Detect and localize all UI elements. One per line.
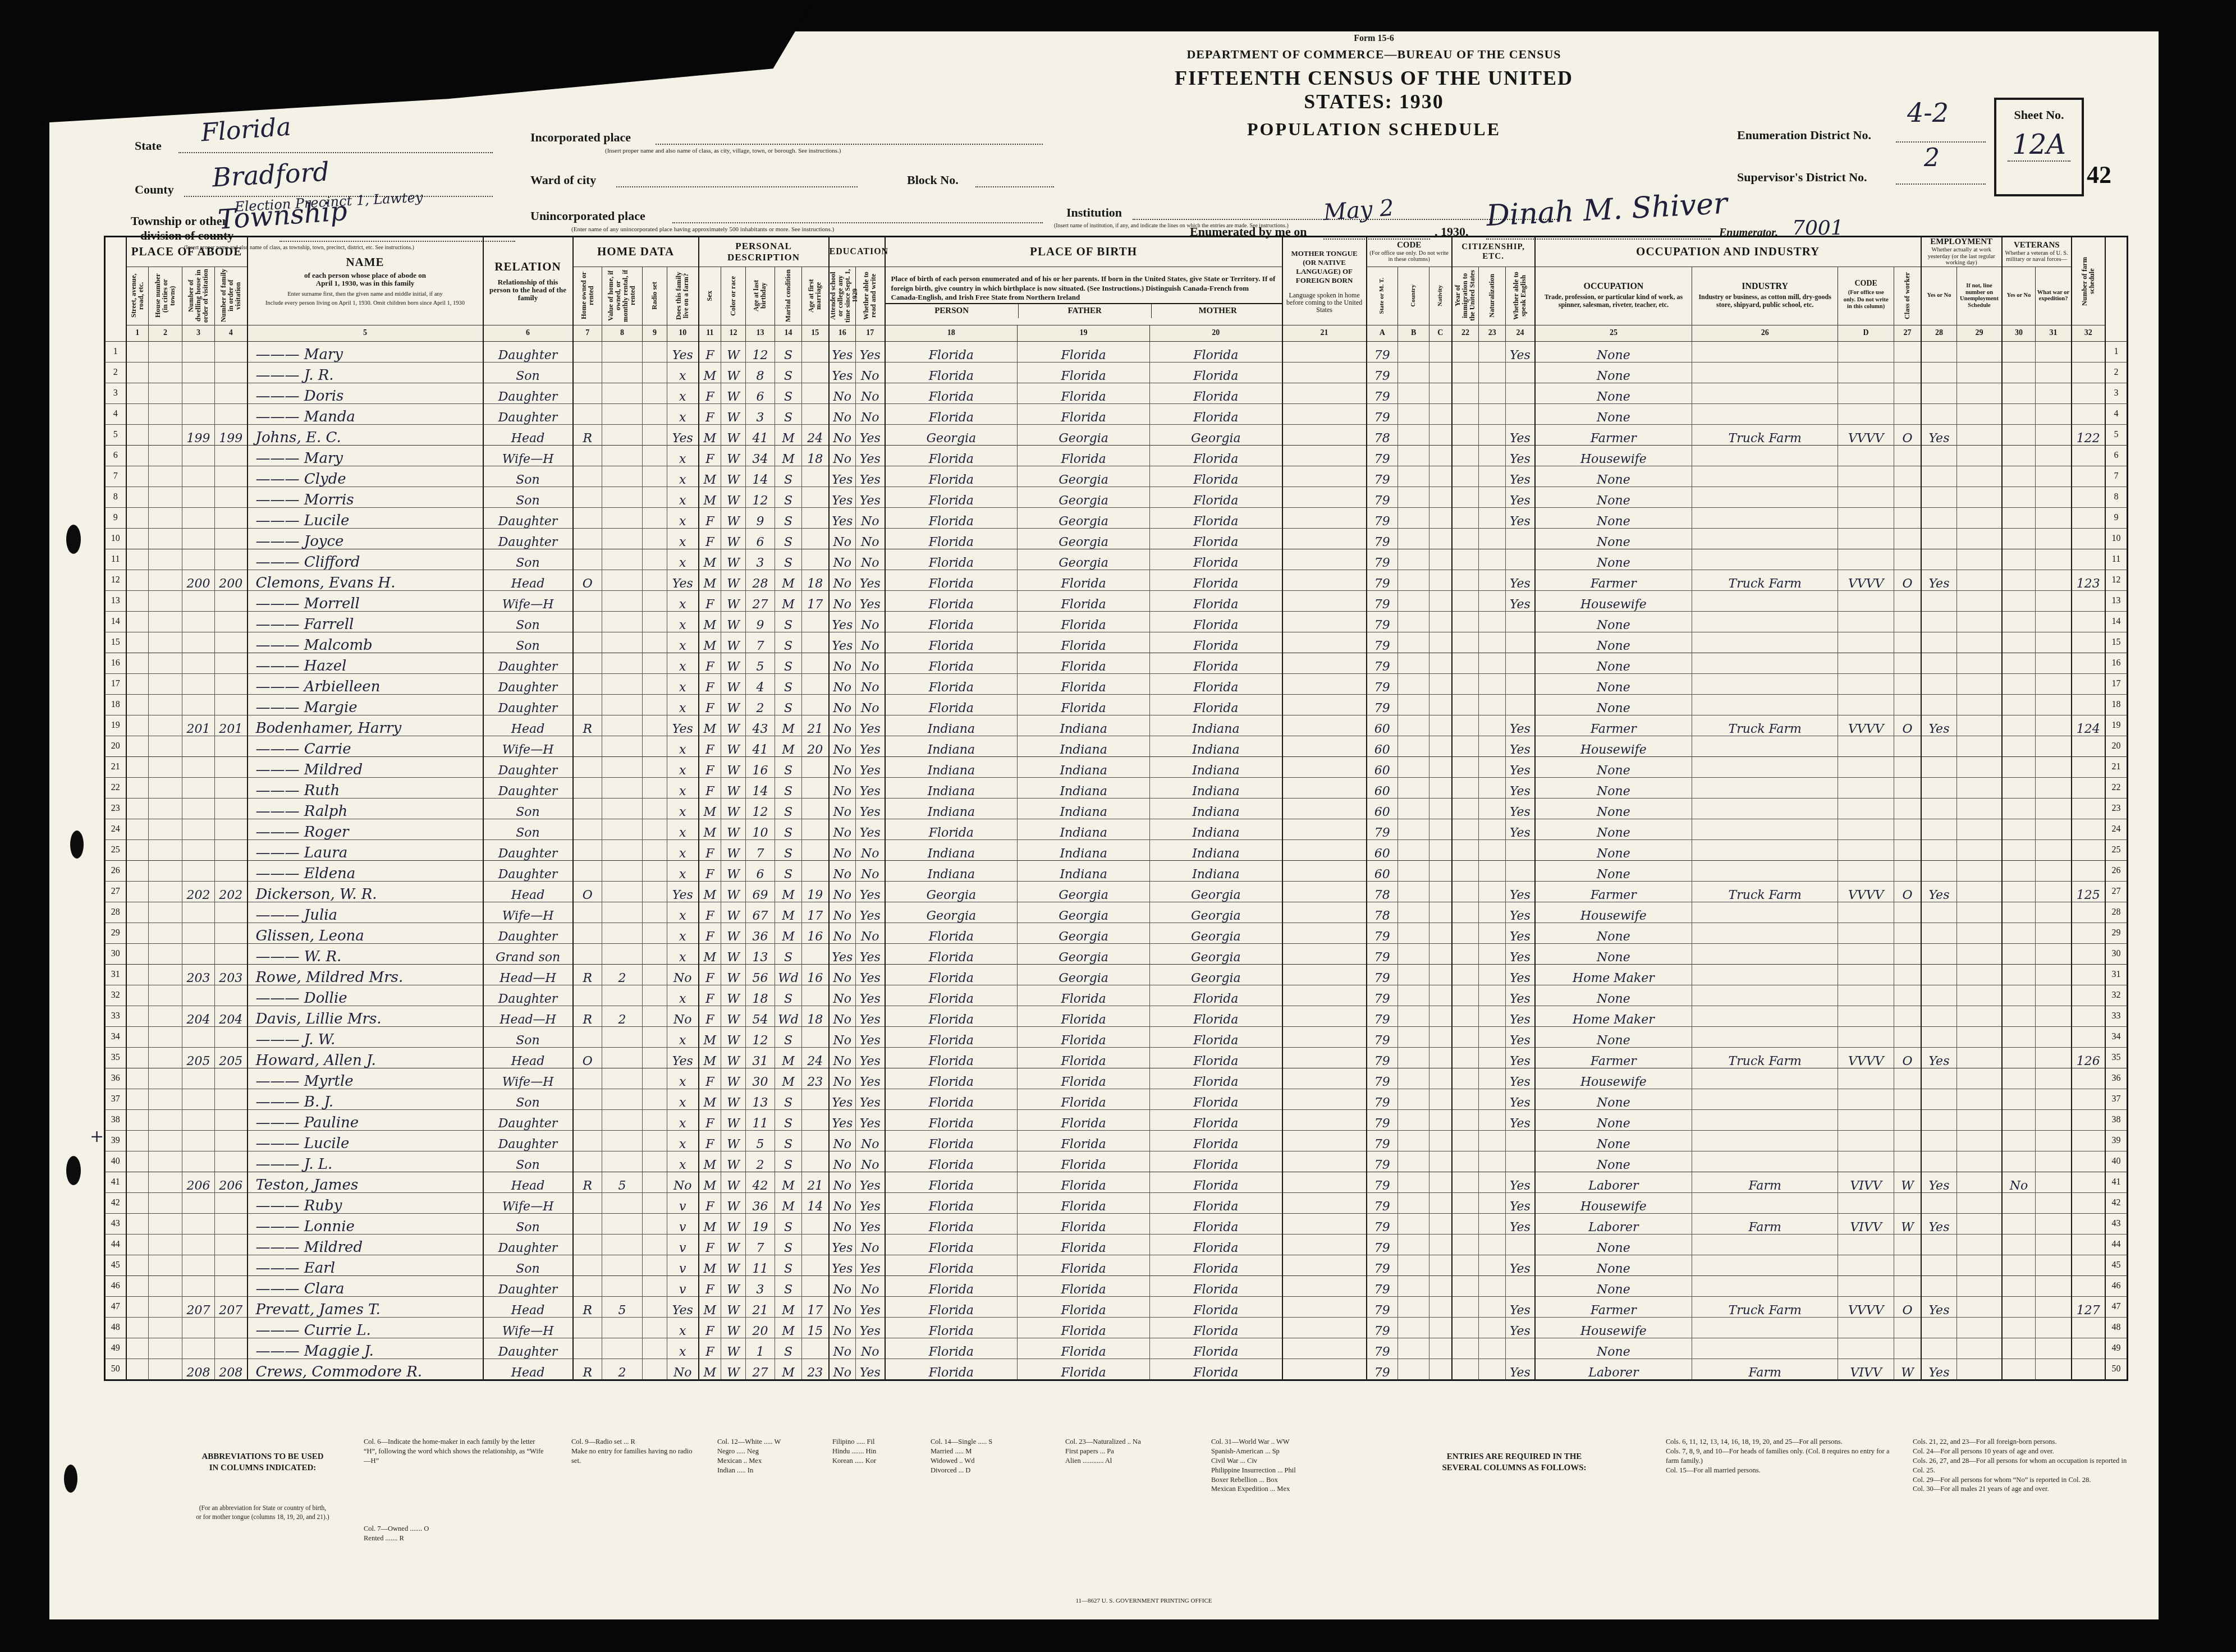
cell-f [215, 403, 248, 424]
cell-c1 [126, 860, 149, 881]
cell-rel: Daughter [483, 777, 573, 798]
cell-farm: x [667, 590, 699, 611]
cell-rw: No [856, 1151, 885, 1172]
cell-bf: Florida [1018, 590, 1150, 611]
cell-own [573, 1275, 602, 1296]
cell-c22 [1452, 1317, 1479, 1338]
cell-c1 [126, 964, 149, 985]
cell-eng: Yes [1506, 715, 1535, 736]
cell-f [215, 1026, 248, 1047]
cell-d: 203 [182, 964, 215, 985]
cell-bp: Florida [885, 1130, 1018, 1151]
sheet-number-box: Sheet No. 12A [1994, 98, 2084, 196]
cell-cC [1429, 985, 1452, 1006]
cell-cC [1429, 1296, 1452, 1317]
cell-val [602, 673, 643, 694]
cell-sex: F [699, 777, 721, 798]
cell-sch: No [829, 839, 856, 860]
cell-race: W [721, 507, 746, 528]
cell-c23 [1479, 528, 1506, 549]
cell-ln: 38 [105, 1109, 126, 1130]
cell-bf: Florida [1018, 611, 1150, 632]
cell-fs [2072, 1109, 2105, 1130]
cell-farm: x [667, 528, 699, 549]
cell-farm: No [667, 964, 699, 985]
cell-bp: Florida [885, 362, 1018, 383]
cell-ca: 60 [1367, 860, 1398, 881]
cell-ln: 12 [105, 570, 126, 590]
cell-val [602, 1130, 643, 1151]
cell-wk [1921, 694, 1957, 715]
cell-bm: Florida [1150, 362, 1282, 383]
cell-c29 [1957, 902, 2002, 923]
cell-cC [1429, 632, 1452, 653]
cell-ca: 79 [1367, 1130, 1398, 1151]
cell-cd [1838, 1130, 1894, 1151]
cell-bf: Florida [1018, 570, 1150, 590]
cell-cC [1429, 1213, 1452, 1234]
cell-c22 [1452, 383, 1479, 403]
cell-c23 [1479, 860, 1506, 881]
cell-occ: Housewife [1535, 1192, 1692, 1213]
cell-ca: 79 [1367, 964, 1398, 985]
cell-cw [1894, 549, 1921, 570]
cell-c1 [126, 1130, 149, 1151]
cell-rel: Daughter [483, 694, 573, 715]
cell-cB [1398, 1089, 1429, 1109]
cell-f [215, 736, 248, 756]
cell-c1 [126, 445, 149, 466]
cell-c23 [1479, 403, 1506, 424]
col-number: 17 [856, 325, 885, 341]
cell-cC [1429, 715, 1452, 736]
stamp-number: 42 [2087, 160, 2111, 189]
cell-eng: Yes [1506, 985, 1535, 1006]
cell-val [602, 777, 643, 798]
cell-c31 [2036, 1047, 2072, 1068]
cell-c22 [1452, 1359, 1479, 1380]
form-title-block: Form 15-6 DEPARTMENT OF COMMERCE—BUREAU … [1144, 34, 1604, 140]
cell-cd [1838, 943, 1894, 964]
cell-rw: Yes [856, 341, 885, 362]
cell-ln: 27 [2105, 881, 2128, 902]
cell-bp: Florida [885, 403, 1018, 424]
cell-ln: 25 [2105, 839, 2128, 860]
cell-race: W [721, 1151, 746, 1172]
cell-occ: None [1535, 653, 1692, 673]
cell-c22 [1452, 964, 1479, 985]
cell-cC [1429, 860, 1452, 881]
cell-eng: Yes [1506, 1172, 1535, 1192]
cell-eng [1506, 1234, 1535, 1255]
cell-c21 [1282, 902, 1367, 923]
footer-col7: Col. 7—Owned ....... O Rented ....... R [364, 1524, 549, 1543]
cell-c31 [2036, 1275, 2072, 1296]
cell-c23 [1479, 673, 1506, 694]
cell-d [182, 923, 215, 943]
cell-c21 [1282, 1296, 1367, 1317]
cell-c31 [2036, 736, 2072, 756]
cell-c1 [126, 1192, 149, 1213]
cell-c9 [643, 1275, 667, 1296]
cell-age: 41 [746, 424, 775, 445]
cell-own [573, 673, 602, 694]
cell-occ: None [1535, 694, 1692, 715]
cell-own [573, 466, 602, 487]
cell-cd: VVVV [1838, 881, 1894, 902]
cell-bp: Florida [885, 1089, 1018, 1109]
cell-sex: F [699, 590, 721, 611]
cell-eng [1506, 1275, 1535, 1296]
cell-ca: 78 [1367, 424, 1398, 445]
cell-fs [2072, 902, 2105, 923]
cell-vet [2002, 1006, 2036, 1026]
cell-bm: Indiana [1150, 777, 1282, 798]
cell-c2 [149, 632, 182, 653]
cell-c29 [1957, 694, 2002, 715]
cell-cw [1894, 860, 1921, 881]
cell-wk [1921, 1192, 1957, 1213]
cell-c9 [643, 590, 667, 611]
cell-occ: None [1535, 673, 1692, 694]
cell-occ: Housewife [1535, 590, 1692, 611]
cell-c29 [1957, 819, 2002, 839]
cell-rel: Wife—H [483, 1068, 573, 1089]
cell-eng [1506, 839, 1535, 860]
cell-race: W [721, 1026, 746, 1047]
cell-ind: Truck Farm [1692, 1047, 1838, 1068]
col-attended-school: Attended school or college any time sinc… [829, 267, 856, 325]
cell-own [573, 403, 602, 424]
cell-rw: Yes [856, 1255, 885, 1275]
cell-age: 14 [746, 466, 775, 487]
cell-c9 [643, 1192, 667, 1213]
cell-ln: 43 [2105, 1213, 2128, 1234]
cell-age: 6 [746, 528, 775, 549]
cell-c31 [2036, 1255, 2072, 1275]
cell-occ: Home Maker [1535, 1006, 1692, 1026]
cell-eng: Yes [1506, 466, 1535, 487]
cell-own [573, 736, 602, 756]
col-sex: Sex [699, 267, 721, 325]
cell-rel: Head [483, 1047, 573, 1068]
cell-cd [1838, 860, 1894, 881]
cell-rel: Daughter [483, 341, 573, 362]
cell-sex: M [699, 1172, 721, 1192]
cell-mar: S [775, 1234, 802, 1255]
table-row: 8——— MorrisSonxMW12SYesYesFloridaGeorgia… [105, 487, 2128, 507]
cell-rw: No [856, 860, 885, 881]
cell-bf: Indiana [1018, 736, 1150, 756]
cell-d [182, 487, 215, 507]
cell-c21 [1282, 1006, 1367, 1026]
cell-val [602, 1047, 643, 1068]
cell-rel: Daughter [483, 528, 573, 549]
cell-bf: Florida [1018, 1151, 1150, 1172]
cell-d: 208 [182, 1359, 215, 1380]
cell-bf: Florida [1018, 1026, 1150, 1047]
cell-ca: 79 [1367, 403, 1398, 424]
cell-race: W [721, 798, 746, 819]
cell-fm [802, 798, 829, 819]
table-row: 4——— MandaDaughterxFW3SNoNoFloridaFlorid… [105, 403, 2128, 424]
cell-eng: Yes [1506, 341, 1535, 362]
cell-cC [1429, 923, 1452, 943]
cell-sch: No [829, 798, 856, 819]
cell-ca: 78 [1367, 881, 1398, 902]
abbreviations-title: ABBREVIATIONS TO BE USED IN COLUMNS INDI… [128, 1451, 397, 1474]
col-number: 2 [149, 325, 182, 341]
cell-bp: Indiana [885, 756, 1018, 777]
cell-c21 [1282, 362, 1367, 383]
cell-fs [2072, 1026, 2105, 1047]
cell-wk [1921, 943, 1957, 964]
cell-cB [1398, 570, 1429, 590]
cell-vet [2002, 487, 2036, 507]
cell-d [182, 1317, 215, 1338]
cell-name: ——— J. R. [248, 362, 483, 383]
col-veteran-yes-no: Yes or No [2002, 267, 2036, 325]
cell-bf: Florida [1018, 673, 1150, 694]
cell-c21 [1282, 1089, 1367, 1109]
cell-name: Bodenhamer, Harry [248, 715, 483, 736]
cell-cB [1398, 985, 1429, 1006]
col-class-of-worker: Class of worker [1894, 267, 1921, 325]
cell-farm: x [667, 1109, 699, 1130]
cell-fs [2072, 1130, 2105, 1151]
cell-c29 [1957, 383, 2002, 403]
cell-d [182, 341, 215, 362]
cell-bf: Florida [1018, 1109, 1150, 1130]
col-war-expedition: What war or expedition? [2036, 267, 2072, 325]
cell-race: W [721, 902, 746, 923]
cell-eng [1506, 1151, 1535, 1172]
cell-mar: S [775, 1151, 802, 1172]
cell-cd [1838, 798, 1894, 819]
table-row: 24——— RogerSonxMW10SNoYesFloridaIndianaI… [105, 819, 2128, 839]
cell-race: W [721, 839, 746, 860]
cell-d [182, 736, 215, 756]
cell-farm: x [667, 1317, 699, 1338]
cell-sch: Yes [829, 1109, 856, 1130]
cell-cd: VVVV [1838, 1047, 1894, 1068]
cell-mar: S [775, 549, 802, 570]
cell-ln: 5 [2105, 424, 2128, 445]
cell-rel: Son [483, 466, 573, 487]
cell-occ: None [1535, 611, 1692, 632]
cell-fm: 24 [802, 424, 829, 445]
cell-sex: F [699, 1130, 721, 1151]
cell-ind [1692, 383, 1838, 403]
cell-cd [1838, 964, 1894, 985]
cell-fs [2072, 1275, 2105, 1296]
cell-wk [1921, 839, 1957, 860]
cell-ln: 17 [2105, 673, 2128, 694]
cell-d [182, 1026, 215, 1047]
cell-bp: Georgia [885, 902, 1018, 923]
cell-bm: Florida [1150, 1026, 1282, 1047]
cell-bp: Florida [885, 1338, 1018, 1359]
cell-farm: v [667, 1192, 699, 1213]
cell-fm [802, 507, 829, 528]
cell-cB [1398, 673, 1429, 694]
cell-c1 [126, 1255, 149, 1275]
cell-bp: Florida [885, 653, 1018, 673]
cell-wk [1921, 1068, 1957, 1089]
cell-c22 [1452, 839, 1479, 860]
cell-name: ——— Manda [248, 403, 483, 424]
cell-c23 [1479, 487, 1506, 507]
table-row: 15——— MalcombSonxMW7SYesNoFloridaFlorida… [105, 632, 2128, 653]
cell-fm [802, 362, 829, 383]
cell-name: Clemons, Evans H. [248, 570, 483, 590]
cell-bm: Florida [1150, 1130, 1282, 1151]
cell-occ: Laborer [1535, 1172, 1692, 1192]
cell-ln: 48 [2105, 1317, 2128, 1338]
scan-corner-shadow [0, 0, 814, 132]
cell-own [573, 1089, 602, 1109]
cell-wk [1921, 673, 1957, 694]
cell-c2 [149, 715, 182, 736]
cell-c1 [126, 1317, 149, 1338]
col-industry: INDUSTRY Industry or business, as cotton… [1692, 267, 1838, 325]
cell-rel: Head [483, 1296, 573, 1317]
cell-name: Davis, Lillie Mrs. [248, 1006, 483, 1026]
table-row: 27202202Dickerson, W. R.HeadOYesMW69M19N… [105, 881, 2128, 902]
cell-c31 [2036, 590, 2072, 611]
enumerator-signature: Dinah M. Shiver [1486, 187, 1728, 233]
cell-cw [1894, 1109, 1921, 1130]
cell-fs [2072, 1068, 2105, 1089]
cell-c9 [643, 487, 667, 507]
cell-cC [1429, 1234, 1452, 1255]
cell-name: ——— Malcomb [248, 632, 483, 653]
cell-ln: 34 [2105, 1026, 2128, 1047]
cell-own: R [573, 1296, 602, 1317]
cell-sex: M [699, 611, 721, 632]
cell-bp: Georgia [885, 424, 1018, 445]
cell-c22 [1452, 673, 1479, 694]
cell-ind [1692, 341, 1838, 362]
cell-cC [1429, 736, 1452, 756]
cell-bm: Indiana [1150, 736, 1282, 756]
cell-sex: M [699, 881, 721, 902]
cell-c29 [1957, 445, 2002, 466]
cell-fm: 19 [802, 881, 829, 902]
col-number: 7 [573, 325, 602, 341]
cell-mar: Wd [775, 1006, 802, 1026]
cell-c21 [1282, 881, 1367, 902]
cell-c9 [643, 1172, 667, 1192]
cell-eng: Yes [1506, 1026, 1535, 1047]
cell-sch: No [829, 424, 856, 445]
cell-wk: Yes [1921, 1359, 1957, 1380]
cell-bp: Florida [885, 1234, 1018, 1255]
cell-eng: Yes [1506, 1109, 1535, 1130]
cell-c9 [643, 403, 667, 424]
cell-race: W [721, 943, 746, 964]
cell-ln: 33 [105, 1006, 126, 1026]
cell-fs [2072, 839, 2105, 860]
cell-c9 [643, 1213, 667, 1234]
col-color-race: Color or race [721, 267, 746, 325]
cell-name: ——— Earl [248, 1255, 483, 1275]
cell-ind [1692, 1109, 1838, 1130]
cell-farm: x [667, 507, 699, 528]
cell-c21 [1282, 736, 1367, 756]
cell-mar: S [775, 528, 802, 549]
cell-c1 [126, 403, 149, 424]
cell-occ: None [1535, 528, 1692, 549]
cell-d [182, 1234, 215, 1255]
table-row: 49——— Maggie J.DaughterxFW1SNoNoFloridaF… [105, 1338, 2128, 1359]
cell-sex: F [699, 383, 721, 403]
cell-c9 [643, 1317, 667, 1338]
cell-rw: Yes [856, 943, 885, 964]
cell-rel: Daughter [483, 923, 573, 943]
cell-bp: Florida [885, 466, 1018, 487]
cell-cw [1894, 1026, 1921, 1047]
cell-cC [1429, 1317, 1452, 1338]
cell-name: ——— Farrell [248, 611, 483, 632]
cell-sex: M [699, 1026, 721, 1047]
cell-c31 [2036, 549, 2072, 570]
cell-name: ——— J. L. [248, 1151, 483, 1172]
cell-bm: Florida [1150, 1275, 1282, 1296]
cell-race: W [721, 632, 746, 653]
cell-c29 [1957, 653, 2002, 673]
cell-c31 [2036, 881, 2072, 902]
cell-c21 [1282, 694, 1367, 715]
cell-age: 3 [746, 403, 775, 424]
cell-bp: Florida [885, 590, 1018, 611]
cell-sch: No [829, 549, 856, 570]
cell-ind [1692, 653, 1838, 673]
cell-ln: 11 [2105, 549, 2128, 570]
cell-cw: O [1894, 1296, 1921, 1317]
cell-c9 [643, 1026, 667, 1047]
cell-ind [1692, 964, 1838, 985]
cell-fm [802, 1109, 829, 1130]
cell-rel: Head—H [483, 964, 573, 985]
cell-c31 [2036, 1172, 2072, 1192]
cell-mar: S [775, 487, 802, 507]
cell-sch: No [829, 383, 856, 403]
cell-cw [1894, 673, 1921, 694]
cell-sch: No [829, 881, 856, 902]
cell-fm: 16 [802, 923, 829, 943]
cell-cw [1894, 756, 1921, 777]
cell-age: 7 [746, 839, 775, 860]
cell-ln: 7 [2105, 466, 2128, 487]
cell-sex: F [699, 1192, 721, 1213]
cell-sex: F [699, 673, 721, 694]
cell-val [602, 424, 643, 445]
cell-occ: Housewife [1535, 902, 1692, 923]
cell-ln: 6 [105, 445, 126, 466]
cell-wk [1921, 632, 1957, 653]
cell-own [573, 528, 602, 549]
cell-ind [1692, 528, 1838, 549]
line-number-column-right [2105, 237, 2128, 342]
cell-fm: 20 [802, 736, 829, 756]
cell-cd [1838, 487, 1894, 507]
cell-mar: S [775, 466, 802, 487]
unincorporated-place-label: Unincorporated place [530, 209, 645, 223]
cell-eng [1506, 653, 1535, 673]
cell-fs [2072, 860, 2105, 881]
cell-bm: Florida [1150, 1109, 1282, 1130]
